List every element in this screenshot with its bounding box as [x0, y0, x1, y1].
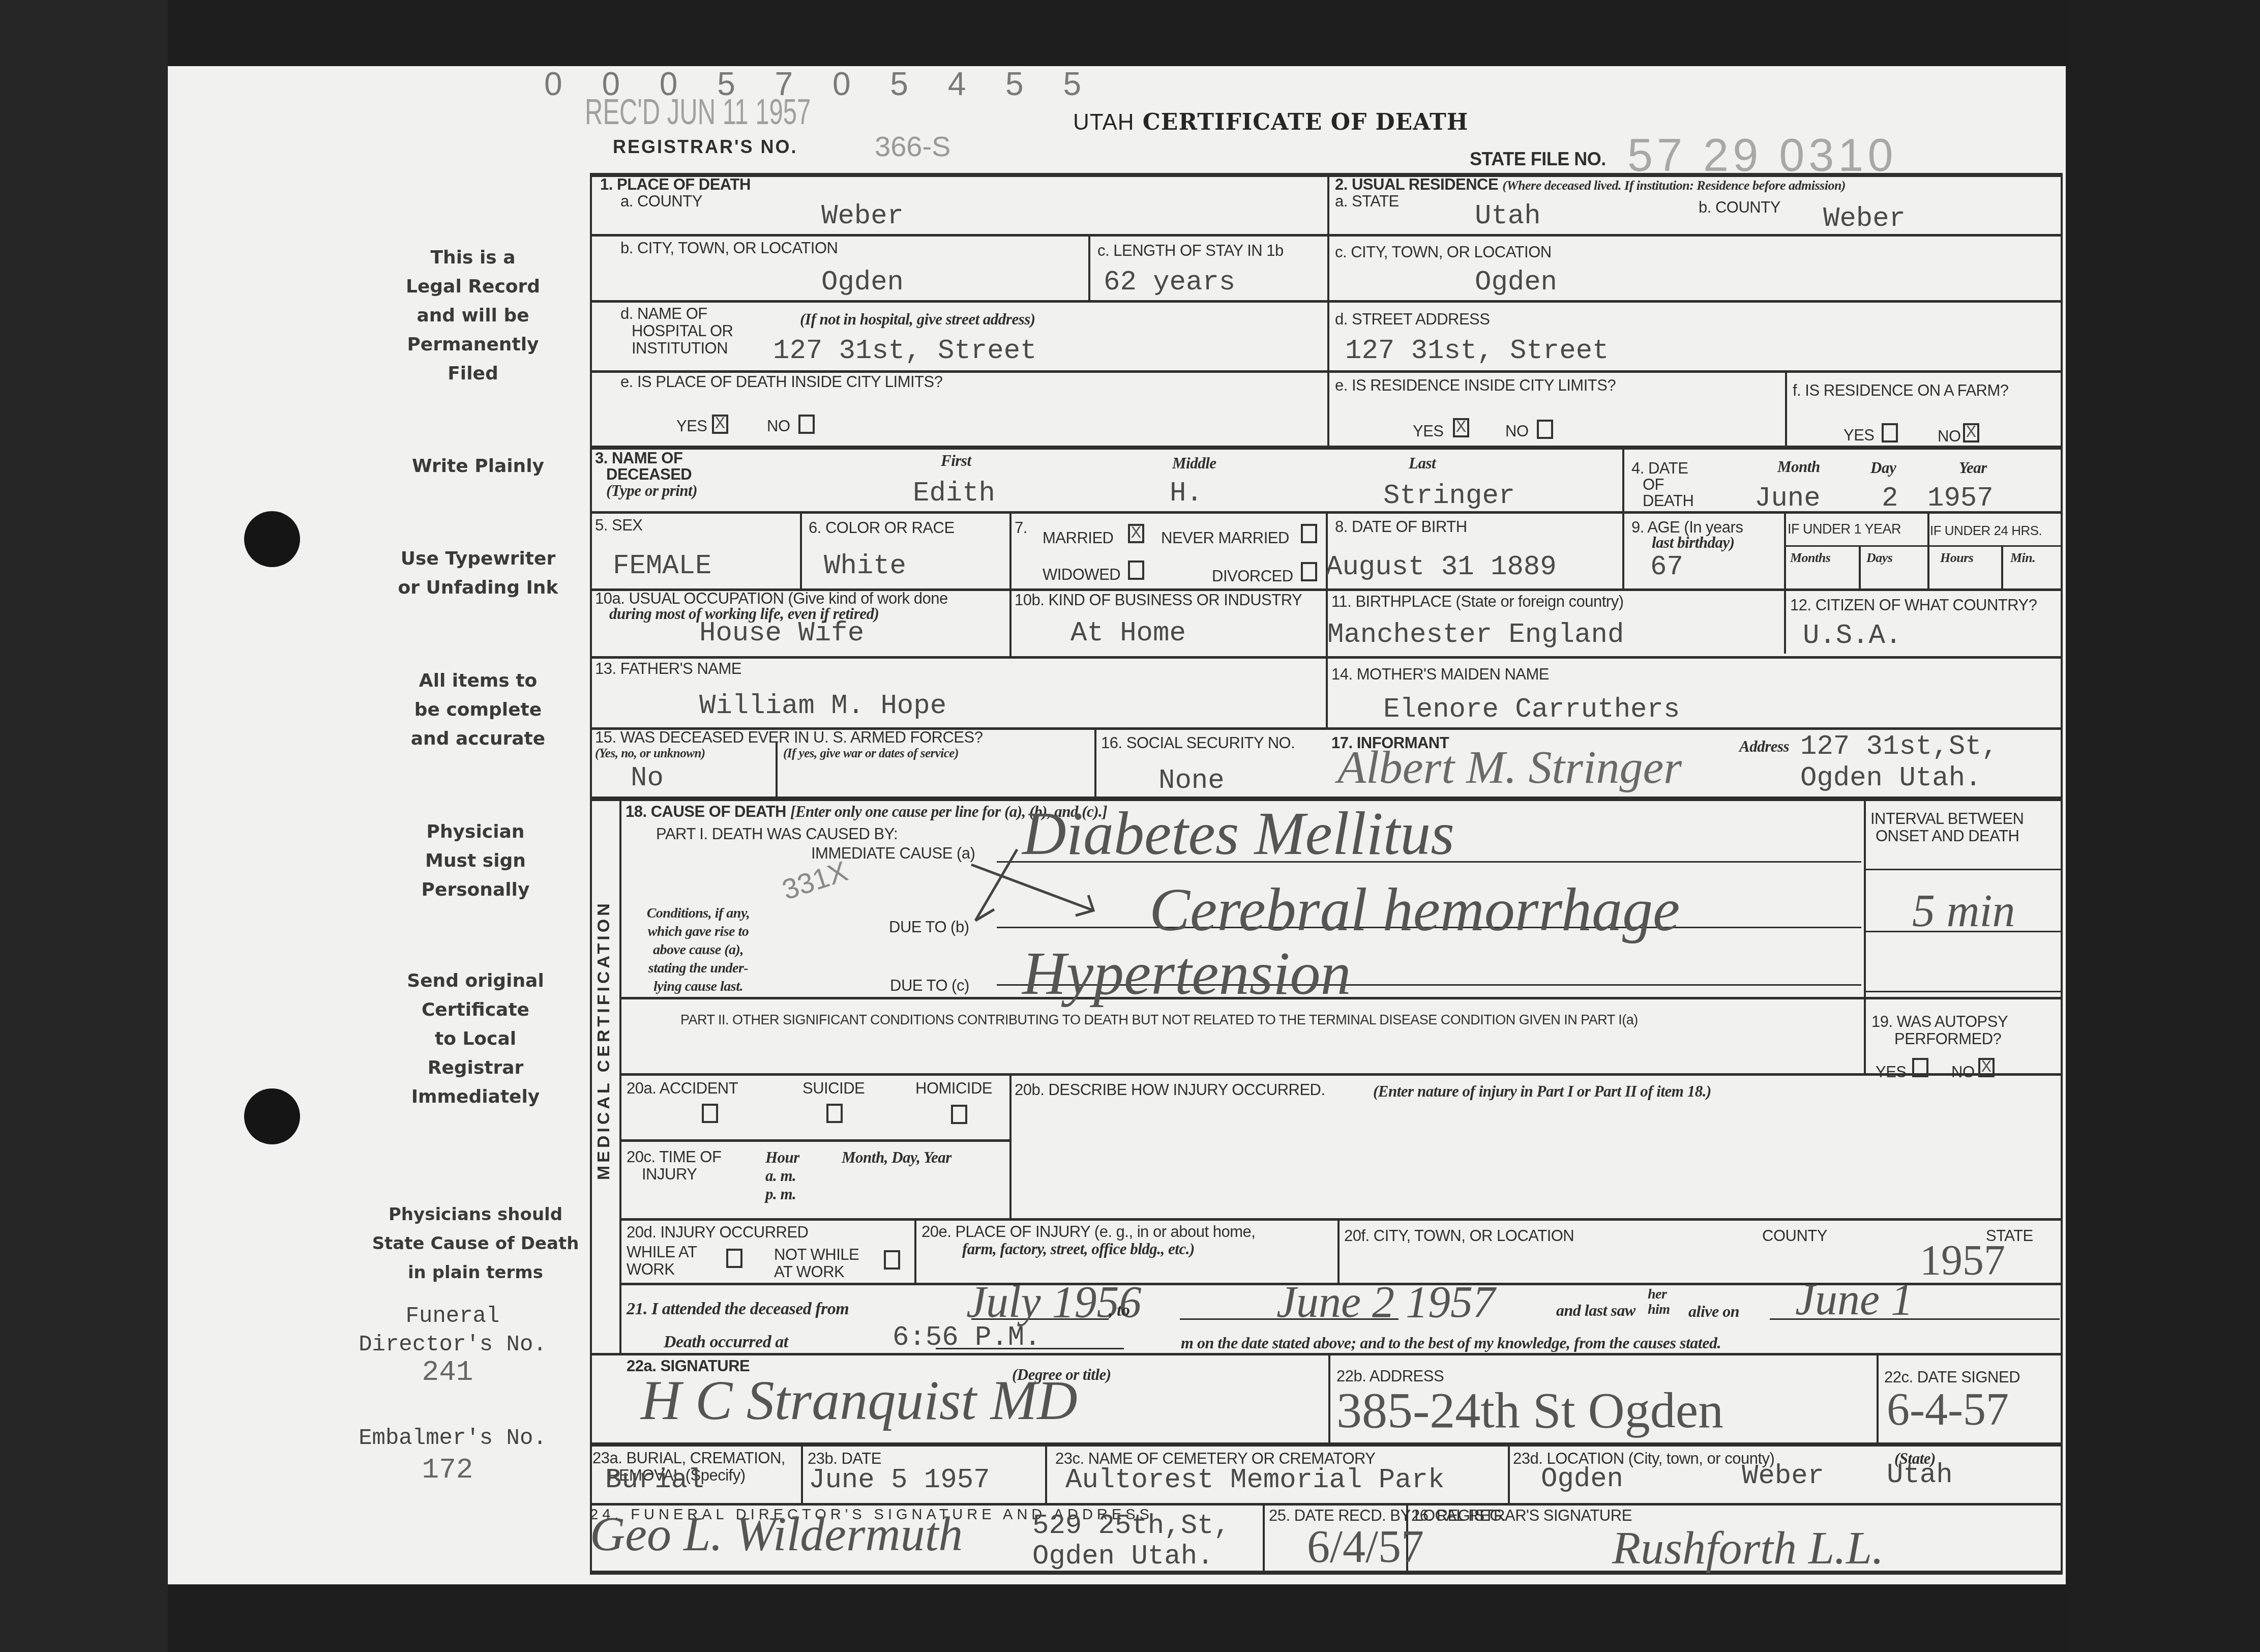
divider: [1327, 173, 1329, 448]
registrars-no-label: REGISTRAR'S NO.: [613, 136, 798, 158]
margin-note-write-plainly: Write Plainly: [366, 452, 590, 481]
due-to-c-value[interactable]: Hypertension: [1022, 938, 1351, 1009]
death-inside-city-yes-checkbox[interactable]: X: [712, 415, 728, 434]
divider: [1508, 1444, 1510, 1506]
funeral-director-no-value: 241: [336, 1358, 559, 1386]
alive-on-label: alive on: [1688, 1302, 1739, 1321]
conditions-hint: Conditions, if any, which gave rise to a…: [619, 904, 777, 996]
residence-county-label: b. COUNTY: [1699, 198, 1780, 217]
race-label: 6. COLOR OR RACE: [809, 519, 955, 537]
burial-date-value[interactable]: June 5 1957: [809, 1465, 990, 1496]
divider: [1009, 1073, 1012, 1221]
embalmer-no-label: Embalmer's No.: [341, 1424, 564, 1453]
divider: [590, 656, 2062, 659]
divider: [1094, 727, 1096, 799]
burial-state-value[interactable]: Utah: [1887, 1460, 1953, 1491]
hours-label: Hours: [1940, 550, 1973, 566]
residence-state-label: a. STATE: [1335, 192, 1399, 211]
residence-street-value[interactable]: 127 31st, Street: [1345, 336, 1609, 367]
date-signed-value[interactable]: 6-4-57: [1887, 1383, 2009, 1436]
divider: [914, 1218, 916, 1284]
middle-name-label: Middle: [1172, 454, 1216, 473]
attended-label: 21. I attended the deceased from: [627, 1300, 849, 1319]
funeral-director-address-line2[interactable]: Ogden Utah.: [1032, 1541, 1213, 1572]
middle-name-value[interactable]: H.: [1170, 478, 1203, 509]
divider: [1864, 801, 1866, 1076]
divider: [1864, 991, 2061, 992]
farm-label: f. IS RESIDENCE ON A FARM?: [1793, 381, 2009, 400]
margin-note-cause-plain-terms: Physicians shouldState Cause of Deathin …: [364, 1200, 587, 1287]
first-name-label: First: [941, 452, 971, 470]
divider: [1859, 545, 1861, 591]
registrar-signature-label: 26. REGISTRAR'S SIGNATURE: [1411, 1507, 1632, 1525]
informant-signature[interactable]: Albert M. Stringer: [1337, 740, 1682, 794]
divider: [800, 511, 802, 590]
divider: [619, 1139, 1011, 1142]
citizen-label: 12. CITIZEN OF WHAT COUNTRY?: [1790, 596, 2037, 614]
place-of-injury-label: 20e. PLACE OF INJURY (e. g., in or about…: [921, 1223, 1255, 1258]
homicide-checkbox[interactable]: [951, 1105, 967, 1124]
accident-checkbox[interactable]: [702, 1104, 718, 1123]
residence-county-value[interactable]: Weber: [1823, 203, 1906, 234]
father-name-label: 13. FATHER'S NAME: [595, 660, 741, 678]
armed-forces-hint-2: (If yes, give war or dates of service): [783, 747, 959, 761]
divorced-label: DIVORCED: [1212, 567, 1293, 585]
married-checkbox[interactable]: X: [1128, 524, 1144, 543]
yes-label: YES: [1413, 422, 1444, 440]
residence-street-label: d. STREET ADDRESS: [1335, 310, 1490, 329]
form-border-right: [2061, 173, 2063, 1574]
informant-address-line1[interactable]: 127 31st,St,: [1800, 731, 1998, 762]
physician-signature[interactable]: H C Stranquist MD: [641, 1368, 1078, 1433]
registrars-no-value: 366-S: [875, 130, 950, 163]
ssn-value[interactable]: None: [1158, 765, 1225, 796]
death-time-value[interactable]: 6:56 P.M.: [893, 1322, 1041, 1353]
suicide-checkbox[interactable]: [826, 1104, 843, 1123]
mother-name-label: 14. MOTHER'S MAIDEN NAME: [1331, 665, 1549, 684]
age-label: 9. AGE (In years last birthday): [1631, 520, 1743, 550]
death-month-value[interactable]: June: [1755, 483, 1821, 514]
under-24-hrs-label: IF UNDER 24 HRS.: [1930, 523, 2042, 539]
under-1-year-label: IF UNDER 1 YEAR: [1788, 521, 1901, 537]
death-inside-city-no-checkbox[interactable]: [798, 415, 815, 434]
dob-value[interactable]: August 31 1889: [1326, 552, 1557, 583]
informant-address-line2[interactable]: Ogden Utah.: [1800, 763, 1981, 794]
year-label: Year: [1959, 459, 1987, 477]
dob-label: 8. DATE OF BIRTH: [1335, 518, 1467, 536]
part1-label: PART I. DEATH WAS CAUSED BY:: [656, 825, 898, 843]
farm-no-checkbox[interactable]: X: [1963, 423, 1979, 442]
inside-city-label: e. IS PLACE OF DEATH INSIDE CITY LIMITS?: [620, 373, 942, 391]
autopsy-yes-checkbox[interactable]: [1912, 1058, 1928, 1077]
residence-inside-city-no-checkbox[interactable]: [1537, 420, 1553, 439]
handwritten-arrows-icon: [966, 844, 1180, 931]
medical-certification-side-label: MEDICAL CERTIFICATION: [594, 900, 614, 1180]
punch-hole: [244, 1088, 300, 1144]
page-title: UTAH CERTIFICATE OF DEATH: [1073, 109, 1468, 135]
months-label: Months: [1790, 550, 1830, 566]
county-label: a. COUNTY: [620, 192, 702, 211]
last-saw-label: and last saw: [1556, 1301, 1635, 1320]
divider: [1263, 1503, 1265, 1572]
age-value[interactable]: 67: [1650, 552, 1683, 583]
hour-am-pm-labels: Hour a. m. p. m.: [765, 1148, 799, 1203]
divider: [1877, 1353, 1879, 1444]
armed-forces-label: 15. WAS DECEASED EVER IN U. S. ARMED FOR…: [595, 728, 983, 747]
married-label: MARRIED: [1043, 529, 1113, 547]
death-year-value[interactable]: 1957: [1927, 483, 1994, 514]
no-label: NO: [1938, 427, 1961, 446]
widowed-checkbox[interactable]: [1128, 560, 1144, 580]
never-married-label: NEVER MARRIED: [1161, 529, 1289, 547]
divider: [619, 1218, 2061, 1221]
usual-residence-header: 2. USUAL RESIDENCE (Where deceased lived…: [1335, 175, 1846, 194]
place-of-death-label: 1. PLACE OF DEATH: [600, 175, 751, 194]
institution-hint: (If not in hospital, give street address…: [800, 310, 1035, 329]
divider: [1785, 370, 1787, 447]
last-name-value[interactable]: Stringer: [1383, 481, 1515, 512]
divider: [776, 743, 778, 799]
punch-hole: [244, 511, 300, 567]
title-main: CERTIFICATE OF DEATH: [1143, 109, 1468, 135]
margin-note-physician-sign: PhysicianMust signPersonally: [364, 817, 587, 904]
received-stamp: REC'D JUN 11 1957: [585, 92, 811, 132]
length-of-stay-label: c. LENGTH OF STAY IN 1b: [1097, 242, 1284, 260]
father-name-value[interactable]: William M. Hope: [699, 691, 946, 722]
injury-county-label: COUNTY: [1762, 1227, 1827, 1245]
burial-type-value[interactable]: Burial: [605, 1465, 704, 1496]
death-county-value[interactable]: Weber: [821, 201, 904, 232]
due-to-b-value[interactable]: Cerebral hemorrhage: [1149, 875, 1680, 945]
form-border-left: [590, 173, 592, 1574]
divider: [801, 1444, 803, 1506]
institution-value[interactable]: 127 31st, Street: [773, 336, 1036, 367]
city-label: b. CITY, TOWN, OR LOCATION: [620, 239, 838, 257]
attended-to-value[interactable]: June 2 1957: [1276, 1277, 1495, 1328]
divider: [1784, 545, 2061, 547]
race-value[interactable]: White: [824, 551, 906, 582]
divider: [590, 1442, 2062, 1447]
divider: [1622, 448, 1624, 514]
residence-city-label: c. CITY, TOWN, OR LOCATION: [1335, 243, 1552, 261]
occupation-label: 10a. USUAL OCCUPATION (Give kind of work…: [595, 591, 948, 622]
first-name-value[interactable]: Edith: [913, 478, 995, 509]
funeral-director-signature[interactable]: Geo L. Wildermuth: [590, 1506, 963, 1562]
divider: [590, 446, 2062, 450]
mother-name-value[interactable]: Elenore Carruthers: [1383, 694, 1680, 725]
divorced-checkbox[interactable]: [1301, 562, 1317, 581]
farm-yes-checkbox[interactable]: [1882, 423, 1898, 442]
institution-label: d. NAME OF HOSPITAL OR INSTITUTION: [620, 305, 733, 357]
divider: [619, 1073, 2061, 1076]
sex-value[interactable]: FEMALE: [613, 551, 711, 582]
day-label: Day: [1870, 459, 1896, 477]
residence-inside-city-label: e. IS RESIDENCE INSIDE CITY LIMITS?: [1335, 376, 1616, 395]
birthplace-value[interactable]: Manchester England: [1327, 619, 1624, 651]
margin-note-typewriter: Use Typewriteror Unfading Ink: [366, 544, 590, 602]
marital-status-num: 7.: [1015, 519, 1027, 537]
days-label: Days: [1866, 550, 1892, 566]
attest-statement: m on the date stated above; and to the b…: [1181, 1334, 1721, 1352]
divider: [1622, 511, 1624, 590]
residence-city-value[interactable]: Ogden: [1475, 267, 1557, 298]
date-of-death-label: 4. DATE OF DEATH: [1631, 460, 1693, 509]
death-city-value[interactable]: Ogden: [821, 267, 904, 298]
state-file-no-label: STATE FILE NO.: [1470, 149, 1606, 170]
business-label: 10b. KIND OF BUSINESS OR INDUSTRY: [1015, 591, 1302, 609]
time-of-injury-label: 20c. TIME OF INJURY: [627, 1148, 721, 1183]
margin-note-complete-accurate: All items tobe completeand accurate: [366, 666, 590, 753]
margin-note-send-original: Send originalCertificateto LocalRegistra…: [364, 966, 587, 1111]
while-at-work-checkbox[interactable]: [726, 1249, 742, 1268]
interval-b-value[interactable]: 5 min: [1912, 885, 2015, 937]
residence-state-value[interactable]: Utah: [1475, 201, 1541, 232]
divider: [619, 799, 621, 1353]
ssn-label: 16. SOCIAL SECURITY NO.: [1101, 734, 1295, 752]
armed-forces-value[interactable]: No: [631, 763, 664, 794]
describe-injury-label: 20b. DESCRIBE HOW INJURY OCCURRED.: [1015, 1081, 1325, 1099]
no-label: NO: [1951, 1063, 1975, 1081]
injury-city-label: 20f. CITY, TOWN, OR LOCATION: [1344, 1227, 1574, 1245]
divider: [1337, 1218, 1340, 1284]
divider: [1328, 1353, 1330, 1444]
accident-label: 20a. ACCIDENT: [627, 1079, 738, 1098]
divider: [1927, 511, 1929, 590]
armed-forces-hint-1: (Yes, no, or unknown): [595, 747, 705, 761]
autopsy-label: 19. WAS AUTOPSY PERFORMED?: [1871, 1013, 2008, 1048]
scan-background-left: [0, 0, 168, 1652]
injury-occurred-label: 20d. INJURY OCCURRED: [627, 1223, 809, 1242]
interval-label: INTERVAL BETWEEN ONSET AND DEATH: [1870, 810, 2024, 845]
title-prefix: UTAH: [1073, 110, 1135, 135]
month-day-year-label: Month, Day, Year: [842, 1148, 951, 1167]
her-him-label: her him: [1648, 1287, 1670, 1317]
min-label: Min.: [2010, 550, 2035, 566]
divider: [1784, 511, 1786, 654]
autopsy-no-checkbox[interactable]: X: [1978, 1058, 1995, 1077]
last-seen-value[interactable]: June 1: [1795, 1274, 1913, 1325]
never-married-checkbox[interactable]: [1301, 524, 1317, 543]
last-name-label: Last: [1409, 454, 1436, 473]
to-label: , to: [1109, 1301, 1129, 1320]
scan-background-right: [2066, 0, 2260, 1652]
occupation-value[interactable]: House Wife: [699, 618, 864, 649]
birthplace-label: 11. BIRTHPLACE (State or foreign country…: [1331, 593, 1624, 611]
cemetery-value[interactable]: Aultorest Memorial Park: [1065, 1465, 1444, 1496]
length-of-stay-value[interactable]: 62 years: [1104, 267, 1235, 298]
due-to-b-label: DUE TO (b): [889, 918, 969, 936]
not-while-at-work-label: NOT WHILE AT WORK: [774, 1246, 859, 1281]
death-occurred-label: Death occurred at: [664, 1333, 788, 1352]
business-value[interactable]: At Home: [1070, 618, 1186, 649]
divider: [590, 1353, 2062, 1355]
registrar-signature[interactable]: Rushforth L.L.: [1612, 1521, 1884, 1575]
date-recd-value[interactable]: 6/4/57: [1307, 1521, 1424, 1573]
burial-county-value[interactable]: Weber: [1742, 1461, 1824, 1492]
deceased-name-label: 3. NAME OF DECEASED (Type or print): [595, 450, 697, 499]
divider: [1009, 511, 1012, 659]
yes-label: YES: [1843, 426, 1875, 445]
funeral-director-address-line1[interactable]: 529 25th,St,: [1032, 1511, 1230, 1542]
divider: [590, 300, 2062, 303]
suicide-label: SUICIDE: [802, 1079, 865, 1098]
due-to-c-label: DUE TO (c): [890, 977, 969, 995]
sex-label: 5. SEX: [595, 516, 643, 535]
embalmer-no-value: 172: [336, 1456, 559, 1484]
part2-label: PART II. OTHER SIGNIFICANT CONDITIONS CO…: [680, 1012, 1638, 1028]
informant-address-label: Address: [1739, 737, 1789, 756]
yes-label: YES: [1876, 1063, 1907, 1081]
funeral-director-no-label: FuneralDirector's No.: [341, 1302, 564, 1359]
death-day-value[interactable]: 2: [1882, 483, 1898, 514]
while-at-work-label: WHILE AT WORK: [627, 1244, 697, 1278]
divider: [1864, 869, 2061, 870]
no-label: NO: [767, 417, 790, 435]
annotation-1957: 1957: [1920, 1236, 2005, 1285]
widowed-label: WIDOWED: [1043, 566, 1120, 584]
divider: [1088, 234, 1090, 300]
yes-label: YES: [676, 417, 707, 435]
month-label: Month: [1777, 458, 1820, 476]
margin-note-legal-record: This is aLegal Recordand will bePermanen…: [361, 243, 585, 388]
homicide-label: HOMICIDE: [915, 1079, 992, 1098]
divider: [1045, 1444, 1047, 1506]
physician-address-value[interactable]: 385-24th St Ogden: [1336, 1381, 1723, 1439]
burial-city-value[interactable]: Ogden: [1541, 1464, 1623, 1495]
residence-inside-city-yes-checkbox[interactable]: X: [1453, 418, 1469, 437]
not-while-at-work-checkbox[interactable]: [884, 1250, 900, 1270]
divider: [2001, 545, 2003, 591]
describe-injury-hint: (Enter nature of injury in Part I or Par…: [1373, 1082, 1711, 1101]
no-label: NO: [1505, 422, 1529, 440]
citizen-value[interactable]: U.S.A.: [1803, 621, 1901, 652]
